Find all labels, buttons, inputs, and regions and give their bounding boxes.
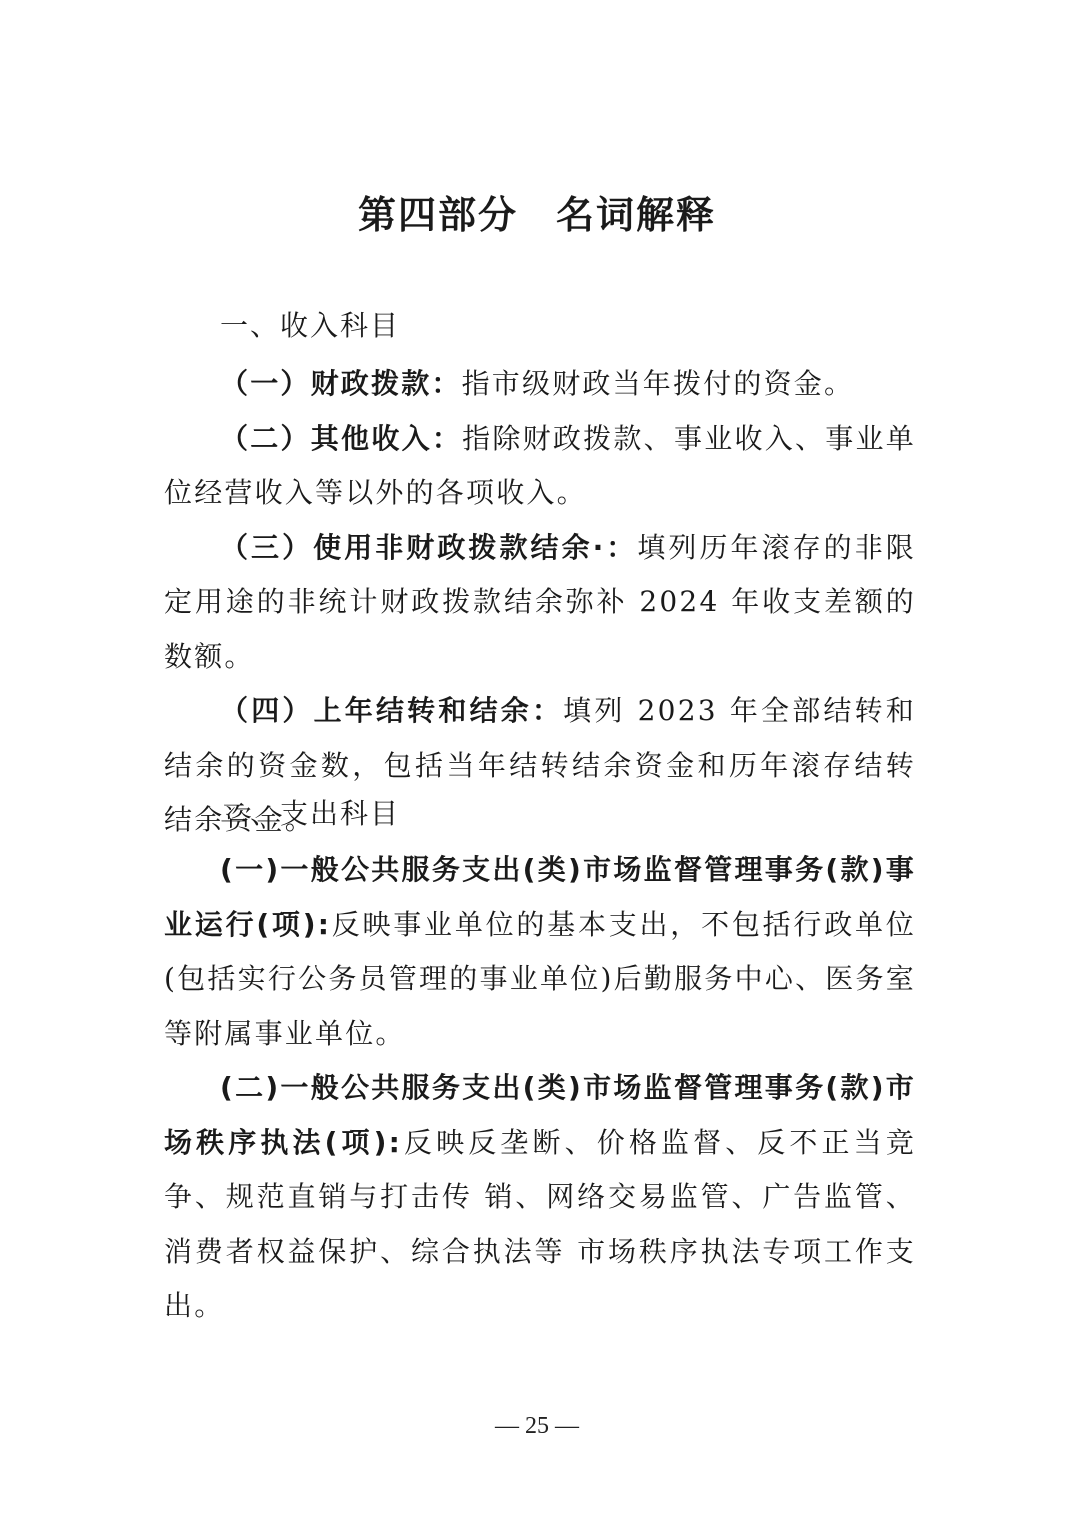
definition-item: (一)一般公共服务支出(类)市场监督管理事务(款)事业运行(项):反映事业单位的… [164,843,916,1061]
document-page: 第四部分名词解释 一、收入科目 （一）财政拨款：指市级财政当年拨付的资金。 （二… [0,0,1074,1520]
definition-item: （一）财政拨款：指市级财政当年拨付的资金。 [164,357,916,412]
expenditure-section-body: (一)一般公共服务支出(类)市场监督管理事务(款)事业运行(项):反映事业单位的… [164,843,916,1334]
definition-item: (二)一般公共服务支出(类)市场监督管理事务(款)市场秩序执法(项):反映反垄断… [164,1061,916,1334]
income-section-body: （一）财政拨款：指市级财政当年拨付的资金。 （二）其他收入：指除财政拨款、事业收… [164,357,916,848]
title-name: 名词解释 [556,193,716,237]
definition-term: （二）其他收入： [220,422,462,455]
title-part: 第四部分 [358,193,518,237]
definition-item: （二）其他收入：指除财政拨款、事业收入、事业单位经营收入等以外的各项收入。 [164,412,916,521]
page-number: — 25 — [0,1410,1074,1442]
definition-text: 指市级财政当年拨付的资金。 [462,367,855,400]
section-heading-expenditure: 二、支出科目 [220,794,400,834]
definition-term: （一）财政拨款： [220,367,462,400]
definition-term: （四）上年结转和结余： [220,694,563,727]
section-heading-income: 一、收入科目 [220,306,400,346]
page-title: 第四部分名词解释 [0,188,1074,242]
definition-term: （三）使用非财政拨款结余·： [220,531,637,564]
definition-item: （三）使用非财政拨款结余·：填列历年滚存的非限定用途的非统计财政拨款结余弥补 2… [164,521,916,685]
